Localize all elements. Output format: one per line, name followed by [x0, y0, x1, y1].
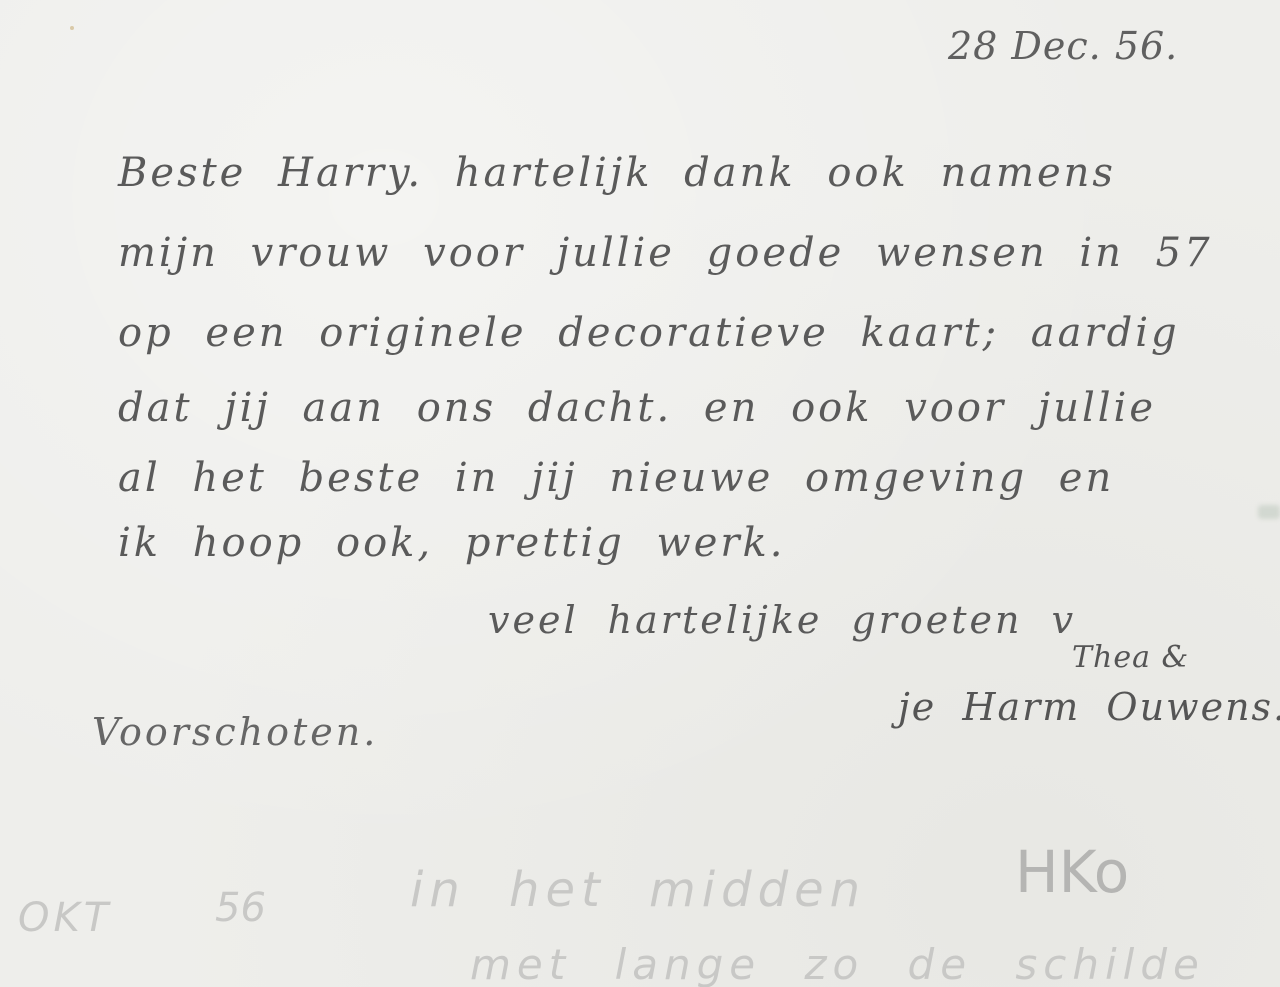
pencil-note-text: in het midden [410, 862, 866, 918]
pencil-note-month: OKT [18, 895, 112, 941]
letter-closing: veel hartelijke groeten v [488, 598, 1076, 642]
letter-date: 28 Dec. 56. [948, 24, 1178, 68]
letter-line-1: Beste Harry. hartelijk dank ook namens [118, 150, 1116, 196]
letter-line-3: op een originele decoratieve kaart; aard… [118, 310, 1180, 356]
pencil-note-line-2: met lange zo de schilde [470, 940, 1205, 987]
letter-page: 28 Dec. 56. Beste Harry. hartelijk dank … [0, 0, 1280, 987]
place-name: Voorschoten. [92, 710, 378, 754]
co-signer: Thea & [1072, 640, 1189, 675]
letter-line-6: ik hoop ook, prettig werk. [118, 520, 785, 566]
pencil-initials: HKo [1015, 838, 1129, 906]
letter-line-2: mijn vrouw voor jullie goede wensen in 5… [118, 230, 1213, 276]
letter-line-5: al het beste in jij nieuwe omgeving en [118, 455, 1114, 501]
signature: je Harm Ouwens. [898, 685, 1280, 729]
paper-speck [70, 26, 74, 30]
paper-smudge [1258, 505, 1280, 519]
letter-line-4: dat jij aan ons dacht. en ook voor julli… [118, 385, 1156, 431]
pencil-note-year: 56 [215, 885, 266, 931]
